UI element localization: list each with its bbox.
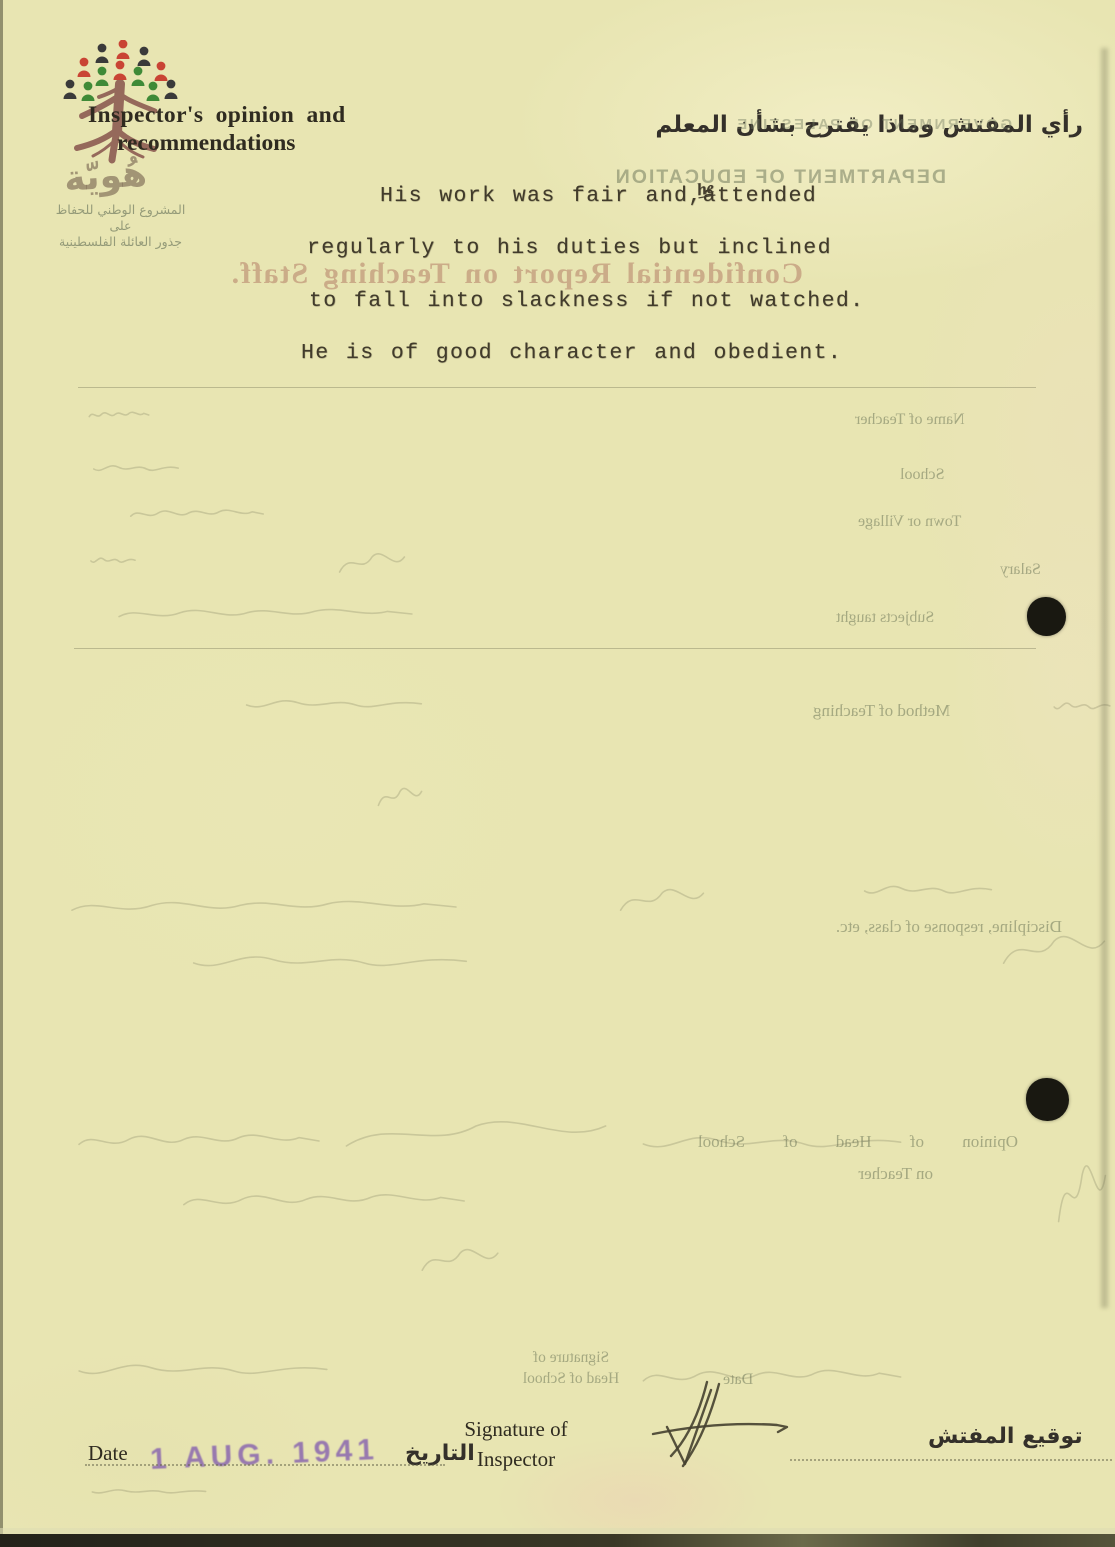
ghost-handwriting bbox=[998, 928, 1110, 972]
signature-label-line2: Inspector bbox=[436, 1444, 596, 1474]
inspector-signature bbox=[645, 1372, 810, 1477]
ghost-handwriting bbox=[188, 946, 472, 980]
ghost-handwriting bbox=[332, 1114, 620, 1154]
ghost-government-of-palestine: GOVERNMENT OF PALESTINE bbox=[700, 116, 1012, 133]
ghost-field-salary: Salary bbox=[1000, 561, 1041, 579]
divider-rule-top bbox=[78, 387, 1036, 388]
signature-of-inspector-label: Signature of Inspector bbox=[436, 1414, 596, 1474]
ghost-field-method-of-teaching: Method of Teaching bbox=[813, 701, 950, 721]
signature-label-arabic: توقيع المفتش bbox=[928, 1424, 1083, 1449]
logo-watermark: المشروع الوطني للحفاظ على جذور العائلة ا… bbox=[48, 202, 193, 250]
signature-label-line1: Signature of bbox=[436, 1414, 596, 1444]
section-heading-line1: Inspector's opinion and bbox=[88, 102, 346, 129]
ghost-handwriting bbox=[862, 878, 994, 904]
typed-line1-after: attended bbox=[703, 184, 817, 208]
ghost-handwriting bbox=[64, 891, 464, 923]
ghost-handwriting bbox=[418, 1243, 502, 1277]
ghost-field-signature-of-head: Signature of Head of School bbox=[495, 1347, 647, 1389]
ghost-handwriting bbox=[74, 1355, 332, 1387]
punch-hole-top bbox=[1027, 597, 1066, 636]
ghost-field-subjects-taught: Subjects taught bbox=[836, 609, 934, 627]
logo-watermark-line1: المشروع الوطني للحفاظ على bbox=[48, 202, 193, 234]
ghost-field-school: School bbox=[900, 466, 944, 484]
ghost-handwriting bbox=[74, 1124, 324, 1158]
typed-opinion-line1: His work was fair and,heattended bbox=[380, 184, 817, 208]
signature-fill-line bbox=[790, 1459, 1112, 1461]
ghost-handwriting bbox=[113, 601, 418, 627]
typed-opinion-line3: to fall into slackness if not watched. bbox=[309, 289, 864, 313]
typed-opinion-line4: He is of good character and obedient. bbox=[301, 341, 842, 365]
date-stamp: 1 AUG. 1941 bbox=[149, 1433, 379, 1477]
page-left-edge-shadow bbox=[0, 0, 3, 1547]
ghost-handwriting bbox=[243, 693, 425, 717]
ghost-handwriting bbox=[90, 553, 136, 569]
page-right-edge-shadow bbox=[1101, 48, 1108, 1308]
ghost-signature-of-line: Signature of bbox=[495, 1347, 647, 1368]
scan-bottom-edge bbox=[0, 1534, 1115, 1547]
ghost-handwriting bbox=[616, 883, 708, 917]
logo-watermark-line2: جذور العائلة الفلسطينية bbox=[48, 234, 193, 250]
ghost-field-town-or-village: Town or Village bbox=[858, 513, 961, 531]
handwritten-insert-he: he bbox=[695, 178, 715, 201]
logo-calligraphy: هُويّة bbox=[63, 153, 149, 200]
ghost-handwriting bbox=[128, 503, 266, 525]
typed-opinion-line2: regularly to his duties but inclined bbox=[307, 236, 832, 260]
ghost-handwriting bbox=[178, 1183, 470, 1219]
punch-hole-bottom bbox=[1026, 1078, 1069, 1121]
date-label: Date bbox=[88, 1441, 128, 1466]
typed-line1-before: His work was fair and, bbox=[380, 184, 703, 208]
ghost-handwriting bbox=[336, 548, 408, 578]
ghost-report-title: Confidential Report on Teaching Staff. bbox=[183, 257, 803, 291]
ghost-handwriting bbox=[376, 783, 424, 811]
ghost-handwriting bbox=[90, 1486, 208, 1498]
document-page: هُويّة المشروع الوطني للحفاظ على جذور ال… bbox=[0, 0, 1115, 1547]
ghost-field-name-of-teacher: Name of Teacher bbox=[855, 411, 965, 429]
divider-rule-mid bbox=[74, 648, 1036, 649]
ghost-head-of-school-line: Head of School bbox=[495, 1368, 647, 1389]
ghost-opinion-line2: on Teacher bbox=[598, 1158, 1018, 1190]
ghost-handwriting bbox=[638, 1126, 906, 1162]
section-heading-line2: recommendations bbox=[117, 130, 295, 157]
ghost-handwriting bbox=[88, 407, 150, 423]
ghost-handwriting bbox=[92, 460, 180, 478]
date-fill-line bbox=[85, 1464, 445, 1466]
